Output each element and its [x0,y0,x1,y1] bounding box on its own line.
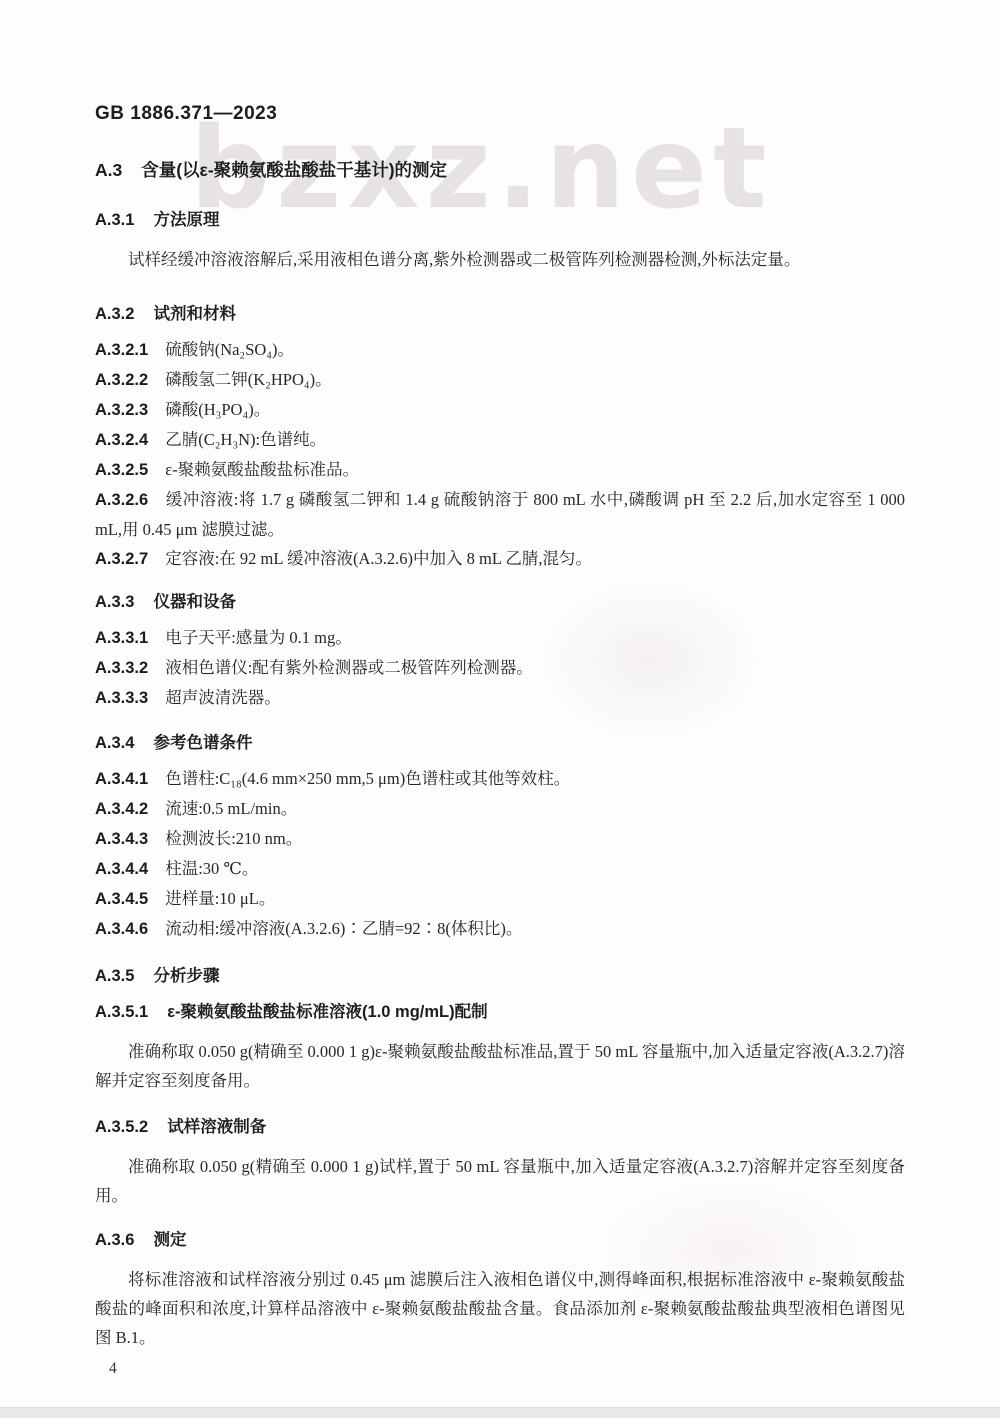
item-text: 硫酸钠(Na₂SO₄)。 [165,340,294,359]
subclause-title: ε-聚赖氨酸盐酸盐标准溶液(1.0 mg/mL)配制 [167,1003,487,1021]
section-heading-a3: A.3含量(以ε-聚赖氨酸盐酸盐干基计)的测定 [95,158,905,182]
clause-heading-a32: A.3.2试剂和材料 [95,302,905,326]
clause-number: A.3.3 [95,590,134,614]
item-number: A.3.2.7 [95,545,148,574]
scanned-document-page: bzxz.net GB 1886.371—2023 A.3含量(以ε-聚赖氨酸盐… [0,0,1000,1418]
section-number: A.3 [95,158,122,182]
section-title: 含量(以ε-聚赖氨酸盐酸盐干基计)的测定 [141,160,447,180]
clause-number: A.3.2 [95,302,134,326]
item-text: 色谱柱:C₁₈(4.6 mm×250 mm,5 μm)色谱柱或其他等效柱。 [165,769,570,788]
clause-heading-a33: A.3.3仪器和设备 [95,590,905,614]
clause-number: A.3.4 [95,731,134,755]
item-number: A.3.4.1 [95,765,148,794]
item-number: A.3.2.5 [95,456,148,485]
clause-item-a343: A.3.4.3检测波长:210 nm。 [95,824,905,854]
item-text: 流动相:缓冲溶液(A.3.2.6)∶乙腈=92∶8(体积比)。 [165,919,522,938]
clause-title: 仪器和设备 [153,593,236,611]
item-text: 进样量:10 μL。 [165,889,275,908]
clause-item-a333: A.3.3.3超声波清洗器。 [95,683,905,713]
clause-number: A.3.5 [95,964,134,988]
clause-number: A.3.1 [95,208,134,232]
item-text: 柱温:30 ℃。 [165,859,258,878]
item-number: A.3.2.2 [95,366,148,395]
subclause-heading-a352: A.3.5.2试样溶液制备 [95,1115,905,1139]
clause-item-a331: A.3.3.1电子天平:感量为 0.1 mg。 [95,623,905,653]
subclause-heading-a351: A.3.5.1ε-聚赖氨酸盐酸盐标准溶液(1.0 mg/mL)配制 [95,1000,905,1024]
item-text: 缓冲溶液:将 1.7 g 磷酸氢二钾和 1.4 g 硫酸钠溶于 800 mL 水… [95,490,905,539]
item-text: ε-聚赖氨酸盐酸盐标准品。 [165,460,359,479]
clause-heading-a36: A.3.6测定 [95,1228,905,1252]
clause-item-a345: A.3.4.5进样量:10 μL。 [95,884,905,914]
item-number: A.3.4.4 [95,855,148,884]
clause-item-a327: A.3.2.7定容液:在 92 mL 缓冲溶液(A.3.2.6)中加入 8 mL… [95,544,905,574]
item-number: A.3.3.3 [95,684,148,713]
clause-heading-a34: A.3.4参考色谱条件 [95,731,905,755]
item-text: 磷酸(H₃PO₄)。 [165,400,270,419]
clause-item-a332: A.3.3.2液相色谱仪:配有紫外检测器或二极管阵列检测器。 [95,653,905,683]
subclause-title: 试样溶液制备 [167,1118,266,1136]
item-number: A.3.4.6 [95,915,148,944]
clause-item-a326: A.3.2.6缓冲溶液:将 1.7 g 磷酸氢二钾和 1.4 g 硫酸钠溶于 8… [95,485,905,544]
page-content: GB 1886.371—2023 A.3含量(以ε-聚赖氨酸盐酸盐干基计)的测定… [0,0,1000,1378]
clause-title: 参考色谱条件 [153,734,252,752]
paragraph: 准确称取 0.050 g(精确至 0.000 1 g)试样,置于 50 mL 容… [95,1152,905,1210]
standard-number: GB 1886.371—2023 [95,103,905,125]
clause-item-a341: A.3.4.1色谱柱:C₁₈(4.6 mm×250 mm,5 μm)色谱柱或其他… [95,764,905,794]
clause-item-a322: A.3.2.2磷酸氢二钾(K₂HPO₄)。 [95,365,905,395]
clause-title: 分析步骤 [153,967,219,985]
item-number: A.3.3.1 [95,624,148,653]
clause-heading-a31: A.3.1方法原理 [95,208,905,232]
clause-item-a346: A.3.4.6流动相:缓冲溶液(A.3.2.6)∶乙腈=92∶8(体积比)。 [95,914,905,944]
item-text: 超声波清洗器。 [165,688,281,707]
item-number: A.3.3.2 [95,654,148,683]
item-number: A.3.2.4 [95,426,148,455]
clause-number: A.3.6 [95,1228,134,1252]
clause-item-a321: A.3.2.1硫酸钠(Na₂SO₄)。 [95,335,905,365]
item-text: 流速:0.5 mL/min。 [165,799,297,818]
clause-heading-a35: A.3.5分析步骤 [95,964,905,988]
clause-item-a324: A.3.2.4乙腈(C₂H₃N):色谱纯。 [95,425,905,455]
page-number: 4 [109,1360,905,1378]
item-number: A.3.2.1 [95,336,148,365]
item-number: A.3.4.3 [95,825,148,854]
item-text: 磷酸氢二钾(K₂HPO₄)。 [165,370,331,389]
paragraph: 将标准溶液和试样溶液分别过 0.45 μm 滤膜后注入液相色谱仪中,测得峰面积,… [95,1265,905,1352]
scan-edge [0,1407,1000,1418]
clause-item-a342: A.3.4.2流速:0.5 mL/min。 [95,794,905,824]
item-number: A.3.2.6 [95,486,148,515]
clause-item-a325: A.3.2.5ε-聚赖氨酸盐酸盐标准品。 [95,455,905,485]
item-number: A.3.4.2 [95,795,148,824]
subclause-number: A.3.5.1 [95,1000,148,1024]
subclause-number: A.3.5.2 [95,1115,148,1139]
paragraph: 试样经缓冲溶液溶解后,采用液相色谱分离,紫外检测器或二极管阵列检测器检测,外标法… [95,245,905,274]
item-number: A.3.2.3 [95,396,148,425]
clause-item-a344: A.3.4.4柱温:30 ℃。 [95,854,905,884]
item-text: 电子天平:感量为 0.1 mg。 [165,628,352,647]
clause-title: 方法原理 [153,211,219,229]
paragraph: 准确称取 0.050 g(精确至 0.000 1 g)ε-聚赖氨酸盐酸盐标准品,… [95,1037,905,1095]
clause-item-a323: A.3.2.3磷酸(H₃PO₄)。 [95,395,905,425]
item-text: 定容液:在 92 mL 缓冲溶液(A.3.2.6)中加入 8 mL 乙腈,混匀。 [165,549,592,568]
item-text: 乙腈(C₂H₃N):色谱纯。 [165,430,326,449]
item-text: 液相色谱仪:配有紫外检测器或二极管阵列检测器。 [165,658,533,677]
clause-title: 测定 [153,1231,186,1249]
clause-title: 试剂和材料 [153,305,236,323]
item-number: A.3.4.5 [95,885,148,914]
item-text: 检测波长:210 nm。 [165,829,302,848]
